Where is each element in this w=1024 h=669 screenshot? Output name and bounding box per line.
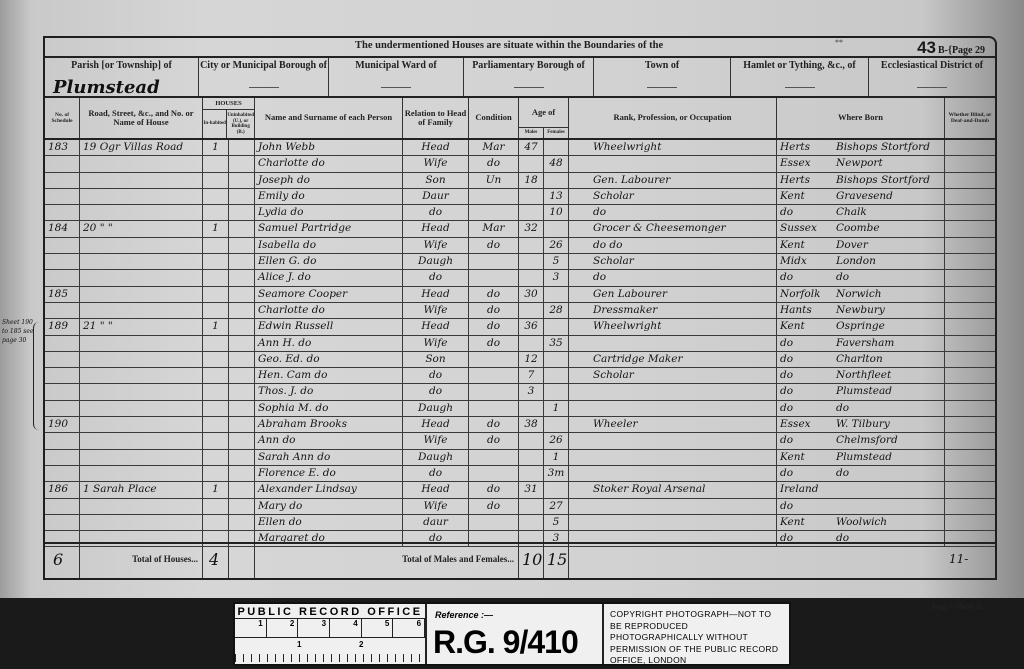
schedule-no-cell: [45, 336, 80, 351]
relation-cell: do: [403, 205, 469, 220]
schedule-no-cell: [45, 156, 80, 171]
relation-cell: Wife: [403, 499, 469, 514]
person-name-cell: Charlotte do: [255, 156, 403, 171]
schedule-no-cell: 186: [45, 482, 80, 497]
road-address-cell: [80, 433, 203, 448]
table-row: Sophia M. doDaugh1dodo: [45, 401, 995, 417]
age-female-cell: 26: [544, 433, 569, 448]
schedule-no-cell: [45, 303, 80, 318]
col-where-born: Where Born: [777, 98, 945, 138]
table-row: 190Abraham BrooksHeaddo38WheelerEssexW. …: [45, 417, 995, 433]
road-address-cell: [80, 238, 203, 253]
condition-cell: do: [469, 156, 519, 171]
age-female-cell: 3m: [544, 466, 569, 481]
occupation-cell: [569, 466, 777, 481]
city-borough-label: City or Municipal Borough of: [200, 60, 327, 71]
males-label: Males: [519, 128, 544, 138]
relation-cell: Son: [403, 173, 469, 188]
age-male-cell: 7: [519, 368, 544, 383]
condition-cell: [469, 254, 519, 269]
birth-county: Kent: [780, 450, 836, 465]
birth-county: do: [780, 368, 836, 383]
inhabited-cell: 1: [203, 140, 229, 155]
uninhabited-cell: [229, 466, 255, 481]
relation-cell: Head: [403, 319, 469, 334]
birth-county: Hants: [780, 303, 836, 318]
where-born-cell: dodo: [777, 270, 945, 285]
table-row: Emily doDaur13ScholarKentGravesend: [45, 189, 995, 205]
birth-county: do: [780, 270, 836, 285]
birth-place: Bishops Stortford: [836, 174, 930, 186]
age-male-cell: [519, 515, 544, 530]
table-row: 18921 " "1Edwin RussellHeaddo36Wheelwrig…: [45, 319, 995, 335]
age-female-cell: [544, 482, 569, 497]
col-houses: HOUSES In-habited Uninhabited (U.), or B…: [203, 98, 255, 138]
totals-row: 6 Total of Houses... 4 Total of Males an…: [45, 542, 995, 578]
blind-deaf-cell: [945, 254, 995, 269]
age-female-cell: [544, 173, 569, 188]
city-borough-cell: City or Municipal Borough of: [199, 58, 329, 96]
total-males: 10: [522, 550, 542, 569]
table-row: Ann doWifedo26doChelmsford: [45, 433, 995, 449]
age-female-cell: 1: [544, 401, 569, 416]
age-male-cell: 47: [519, 140, 544, 155]
inhabited-cell: [203, 189, 229, 204]
where-born-cell: do: [777, 499, 945, 514]
uninhabited-cell: [229, 384, 255, 399]
where-born-cell: EssexNewport: [777, 156, 945, 171]
condition-cell: do: [469, 319, 519, 334]
birth-county: Kent: [780, 515, 836, 530]
total-houses-label-cell: Total of Houses...: [80, 544, 203, 578]
margin-brace: [33, 322, 40, 430]
total-houses-label: Total of Houses...: [132, 554, 198, 564]
table-row: Joseph doSonUn18Gen. LabourerHertsBishop…: [45, 173, 995, 189]
relation-cell: do: [403, 466, 469, 481]
birth-county: Sussex: [780, 221, 836, 236]
occupation-cell: Cartridge Maker: [569, 352, 777, 367]
scale-mark: 2: [267, 619, 299, 637]
ruler-mark: 1: [297, 640, 301, 649]
pro-title: PUBLIC RECORD OFFICE: [235, 604, 425, 619]
table-row: Florence E. dodo3mdodo: [45, 466, 995, 482]
relation-cell: Head: [403, 140, 469, 155]
schedule-no-cell: [45, 368, 80, 383]
scale-mark: 5: [362, 619, 394, 637]
uninhabited-cell: [229, 336, 255, 351]
sheet-label: Eng.—Sheet D.: [932, 602, 984, 611]
birth-place: Norwich: [836, 288, 882, 300]
age-female-cell: 3: [544, 270, 569, 285]
road-address-cell: [80, 515, 203, 530]
person-name-cell: Abraham Brooks: [255, 417, 403, 432]
condition-cell: do: [469, 287, 519, 302]
inhabited-cell: [203, 156, 229, 171]
person-name-cell: Thos. J. do: [255, 384, 403, 399]
uninhabited-cell: [229, 287, 255, 302]
where-born-cell: doPlumstead: [777, 384, 945, 399]
table-row: 185Seamore CooperHeaddo30Gen LabourerNor…: [45, 287, 995, 303]
total-schedules-cell: 6: [45, 544, 80, 578]
birth-county: do: [780, 466, 836, 481]
occupation-cell: do do: [569, 238, 777, 253]
inhabited-cell: [203, 303, 229, 318]
uninhabited-cell: [229, 189, 255, 204]
birth-place: do: [836, 402, 849, 414]
where-born-cell: doCharlton: [777, 352, 945, 367]
where-born-cell: HertsBishops Stortford: [777, 140, 945, 155]
birth-county: do: [780, 352, 836, 367]
uninhabited-cell: [229, 270, 255, 285]
road-address-cell: [80, 156, 203, 171]
road-address-cell: 1 Sarah Place: [80, 482, 203, 497]
page-number: Page 29: [952, 45, 985, 56]
table-row: Alice J. dodo3dododo: [45, 270, 995, 286]
birth-place: Plumstead: [836, 385, 892, 397]
where-born-cell: HantsNewbury: [777, 303, 945, 318]
inhabited-cell: [203, 499, 229, 514]
condition-cell: Un: [469, 173, 519, 188]
table-row: 1861 Sarah Place1Alexander LindsayHeaddo…: [45, 482, 995, 498]
birth-county: do: [780, 499, 836, 514]
occupation-cell: [569, 156, 777, 171]
uninhabited-cell: [229, 482, 255, 497]
age-male-cell: [519, 270, 544, 285]
uninhabited-cell: [229, 254, 255, 269]
birth-place: London: [836, 255, 876, 267]
inhabited-cell: 1: [203, 319, 229, 334]
occupation-cell: Grocer & Cheesemonger: [569, 221, 777, 236]
where-born-cell: MidxLondon: [777, 254, 945, 269]
birth-place: W. Tilbury: [836, 418, 890, 430]
birth-county: Kent: [780, 238, 836, 253]
ward-label: Municipal Ward of: [355, 60, 437, 71]
inhabited-cell: [203, 336, 229, 351]
where-born-cell: doNorthfleet: [777, 368, 945, 383]
road-address-cell: 20 " ": [80, 221, 203, 236]
table-row: Charlotte doWifedo48EssexNewport: [45, 156, 995, 172]
uninhabited-cell: [229, 401, 255, 416]
road-address-cell: 19 Ogr Villas Road: [80, 140, 203, 155]
condition-cell: Mar: [469, 140, 519, 155]
inhabited-cell: [203, 450, 229, 465]
birth-county: do: [780, 401, 836, 416]
schedule-no-cell: [45, 254, 80, 269]
blind-deaf-cell: [945, 466, 995, 481]
age-female-cell: [544, 221, 569, 236]
person-name-cell: Samuel Partridge: [255, 221, 403, 236]
occupation-cell: Wheelwright: [569, 319, 777, 334]
total-males-cell: 10: [519, 544, 544, 578]
uninhabited-cell: [229, 499, 255, 514]
schedule-no-cell: [45, 173, 80, 188]
condition-cell: [469, 189, 519, 204]
where-born-cell: dodo: [777, 401, 945, 416]
relation-cell: Daugh: [403, 401, 469, 416]
census-page: Sheet 190 to 185 see page 30 The underme…: [0, 0, 1024, 598]
ruler-mark: 2: [359, 640, 363, 649]
person-name-cell: Mary do: [255, 499, 403, 514]
table-row: Isabella doWifedo26do doKentDover: [45, 238, 995, 254]
occupation-cell: [569, 384, 777, 399]
condition-cell: do: [469, 482, 519, 497]
birth-place: do: [836, 271, 849, 283]
reference-box: Reference :— R.G. 9/410: [427, 604, 604, 664]
table-row: Sarah Ann doDaugh1KentPlumstead: [45, 450, 995, 466]
inhabited-cell: [203, 238, 229, 253]
relation-cell: Head: [403, 417, 469, 432]
parliamentary-borough-cell: Parliamentary Borough of: [464, 58, 594, 96]
relation-cell: daur: [403, 515, 469, 530]
blind-deaf-cell: [945, 173, 995, 188]
column-headers: No. of Schedule Road, Street, &c., and N…: [45, 98, 995, 140]
schedule-no-cell: [45, 205, 80, 220]
town-cell: Town of: [594, 58, 731, 96]
age-female-cell: 35: [544, 336, 569, 351]
blind-deaf-cell: [945, 189, 995, 204]
inhabited-cell: [203, 466, 229, 481]
birth-place: Newport: [836, 157, 883, 169]
road-address-cell: [80, 401, 203, 416]
age-male-cell: 36: [519, 319, 544, 334]
hamlet-cell: Hamlet or Tything, &c., of: [731, 58, 869, 96]
where-born-cell: HertsBishops Stortford: [777, 173, 945, 188]
blind-deaf-cell: [945, 270, 995, 285]
relation-cell: do: [403, 270, 469, 285]
where-born-cell: doChelmsford: [777, 433, 945, 448]
person-name-cell: Charlotte do: [255, 303, 403, 318]
age-male-cell: [519, 466, 544, 481]
occupation-cell: Scholar: [569, 254, 777, 269]
uninhabited-cell: [229, 238, 255, 253]
relation-cell: Daugh: [403, 254, 469, 269]
age-male-cell: 31: [519, 482, 544, 497]
age-female-cell: [544, 140, 569, 155]
col-road: Road, Street, &c., and No. or Name of Ho…: [80, 98, 203, 138]
birth-county: do: [780, 336, 836, 351]
col-blind-deaf: Whether Blind, or Deaf-and-Dumb: [945, 98, 995, 138]
relation-cell: Daur: [403, 189, 469, 204]
houses-label: HOUSES: [203, 98, 254, 110]
road-address-cell: [80, 499, 203, 514]
person-name-cell: Sarah Ann do: [255, 450, 403, 465]
table-row: Ellen dodaur5KentWoolwich: [45, 515, 995, 531]
inhabited-cell: [203, 433, 229, 448]
total-uninhabited-cell: [229, 544, 255, 578]
age-male-cell: [519, 205, 544, 220]
blind-deaf-cell: [945, 401, 995, 416]
inhabited-cell: [203, 287, 229, 302]
margin-note: Sheet 190 to 185 see page 30: [2, 318, 34, 345]
person-name-cell: John Webb: [255, 140, 403, 155]
total-persons-label: Total of Males and Females...: [402, 554, 514, 564]
blind-deaf-cell: [945, 384, 995, 399]
copyright-notice: COPYRIGHT PHOTOGRAPH—NOT TO BE REPRODUCE…: [604, 604, 789, 664]
road-address-cell: [80, 303, 203, 318]
road-address-cell: [80, 466, 203, 481]
age-female-cell: 1: [544, 450, 569, 465]
condition-cell: [469, 515, 519, 530]
total-persons-label-cell: Total of Males and Females...: [255, 544, 519, 578]
person-name-cell: Seamore Cooper: [255, 287, 403, 302]
schedule-no-cell: 183: [45, 140, 80, 155]
blind-deaf-cell: [945, 499, 995, 514]
blind-deaf-cell: [945, 287, 995, 302]
blind-deaf-cell: [945, 238, 995, 253]
person-name-cell: Hen. Cam do: [255, 368, 403, 383]
where-born-cell: doChalk: [777, 205, 945, 220]
road-address-cell: [80, 336, 203, 351]
road-address-cell: [80, 254, 203, 269]
inhabited-label: In-habited: [203, 110, 227, 138]
boundaries-row: Parish [or Township] of Plumstead City o…: [45, 58, 995, 98]
age-female-cell: [544, 417, 569, 432]
hamlet-label: Hamlet or Tything, &c., of: [743, 60, 856, 71]
occupation-cell: [569, 499, 777, 514]
inhabited-cell: [203, 401, 229, 416]
blind-deaf-cell: [945, 319, 995, 334]
road-address-cell: [80, 417, 203, 432]
birth-place: Gravesend: [836, 190, 893, 202]
age-male-cell: 30: [519, 287, 544, 302]
condition-cell: [469, 270, 519, 285]
birth-place: Chalk: [836, 206, 867, 218]
condition-cell: [469, 368, 519, 383]
age-female-cell: 5: [544, 254, 569, 269]
schedule-no-cell: [45, 238, 80, 253]
col-occupation: Rank, Profession, or Occupation: [569, 98, 777, 138]
age-male-cell: [519, 499, 544, 514]
person-name-cell: Joseph do: [255, 173, 403, 188]
age-female-cell: [544, 287, 569, 302]
folio-suffix: B: [938, 45, 945, 56]
occupation-cell: Dressmaker: [569, 303, 777, 318]
col-name: Name and Surname of each Person: [255, 98, 403, 138]
relation-cell: Wife: [403, 433, 469, 448]
occupation-cell: [569, 433, 777, 448]
where-born-cell: KentOspringe: [777, 319, 945, 334]
age-female-cell: [544, 368, 569, 383]
col-relation: Relation to Head of Family: [403, 98, 469, 138]
where-born-cell: dodo: [777, 466, 945, 481]
table-row: Ellen G. doDaugh5ScholarMidxLondon: [45, 254, 995, 270]
uninhabited-cell: [229, 352, 255, 367]
occupation-cell: Wheeler: [569, 417, 777, 432]
age-male-cell: [519, 336, 544, 351]
age-male-cell: 12: [519, 352, 544, 367]
schedule-no-cell: [45, 433, 80, 448]
occupation-cell: [569, 515, 777, 530]
schedule-no-cell: 189: [45, 319, 80, 334]
blind-deaf-cell: [945, 156, 995, 171]
uninhabited-cell: [229, 173, 255, 188]
occupation-cell: Gen Labourer: [569, 287, 777, 302]
road-address-cell: [80, 352, 203, 367]
relation-cell: Head: [403, 287, 469, 302]
occupation-cell: Wheelwright: [569, 140, 777, 155]
inhabited-cell: [203, 384, 229, 399]
relation-cell: do: [403, 368, 469, 383]
condition-cell: [469, 352, 519, 367]
condition-cell: do: [469, 238, 519, 253]
inhabited-cell: [203, 254, 229, 269]
age-male-cell: [519, 303, 544, 318]
condition-cell: [469, 384, 519, 399]
uninhabited-cell: [229, 205, 255, 220]
parliamentary-borough-label: Parliamentary Borough of: [472, 60, 585, 71]
schedule-no-cell: 185: [45, 287, 80, 302]
inhabited-cell: [203, 205, 229, 220]
age-female-cell: 48: [544, 156, 569, 171]
census-sheet: The undermentioned Houses are situate wi…: [43, 36, 997, 580]
inhabited-cell: [203, 270, 229, 285]
occupation-cell: [569, 336, 777, 351]
person-name-cell: Florence E. do: [255, 466, 403, 481]
total-schedules: 6: [53, 550, 63, 569]
table-row: 18319 Ogr Villas Road1John WebbHeadMar47…: [45, 140, 995, 156]
birth-county: Ireland: [780, 482, 836, 497]
condition-cell: do: [469, 433, 519, 448]
schedule-no-cell: [45, 515, 80, 530]
occupation-cell: do: [569, 205, 777, 220]
person-name-cell: Ellen do: [255, 515, 403, 530]
where-born-cell: EssexW. Tilbury: [777, 417, 945, 432]
person-name-cell: Alice J. do: [255, 270, 403, 285]
age-female-cell: 5: [544, 515, 569, 530]
road-address-cell: [80, 270, 203, 285]
census-rows: 18319 Ogr Villas Road1John WebbHeadMar47…: [45, 140, 995, 547]
birth-county: do: [780, 433, 836, 448]
birth-place: Faversham: [836, 337, 894, 349]
inhabited-cell: [203, 173, 229, 188]
town-label: Town of: [645, 60, 679, 71]
ecclesiastical-label: Ecclesiastical District of: [881, 60, 983, 71]
scale-mark: 4: [330, 619, 362, 637]
age-male-cell: [519, 238, 544, 253]
uninhabited-cell: [229, 433, 255, 448]
table-row: Mary doWifedo27do: [45, 499, 995, 515]
age-female-cell: [544, 319, 569, 334]
blind-deaf-cell: [945, 352, 995, 367]
age-female-cell: [544, 384, 569, 399]
birth-place: Plumstead: [836, 451, 892, 463]
occupation-cell: [569, 450, 777, 465]
col-condition: Condition: [469, 98, 519, 138]
occupation-cell: do: [569, 270, 777, 285]
table-row: Charlotte doWifedo28DressmakerHantsNewbu…: [45, 303, 995, 319]
where-born-cell: doFaversham: [777, 336, 945, 351]
where-born-cell: KentGravesend: [777, 189, 945, 204]
table-row: 18420 " "1Samuel PartridgeHeadMar32Groce…: [45, 221, 995, 237]
blind-deaf-cell: [945, 140, 995, 155]
person-name-cell: Isabella do: [255, 238, 403, 253]
schedule-no-cell: 184: [45, 221, 80, 236]
person-name-cell: Sophia M. do: [255, 401, 403, 416]
condition-cell: Mar: [469, 221, 519, 236]
birth-county: Essex: [780, 417, 836, 432]
person-name-cell: Lydia do: [255, 205, 403, 220]
blind-deaf-cell: [945, 450, 995, 465]
inhabited-cell: 1: [203, 482, 229, 497]
road-address-cell: [80, 173, 203, 188]
relation-cell: Wife: [403, 238, 469, 253]
age-male-cell: [519, 189, 544, 204]
birth-county: Norfolk: [780, 287, 836, 302]
birth-place: Chelmsford: [836, 434, 898, 446]
relation-cell: Daugh: [403, 450, 469, 465]
relation-cell: Son: [403, 352, 469, 367]
col-age: Age of Males Females: [519, 98, 569, 138]
